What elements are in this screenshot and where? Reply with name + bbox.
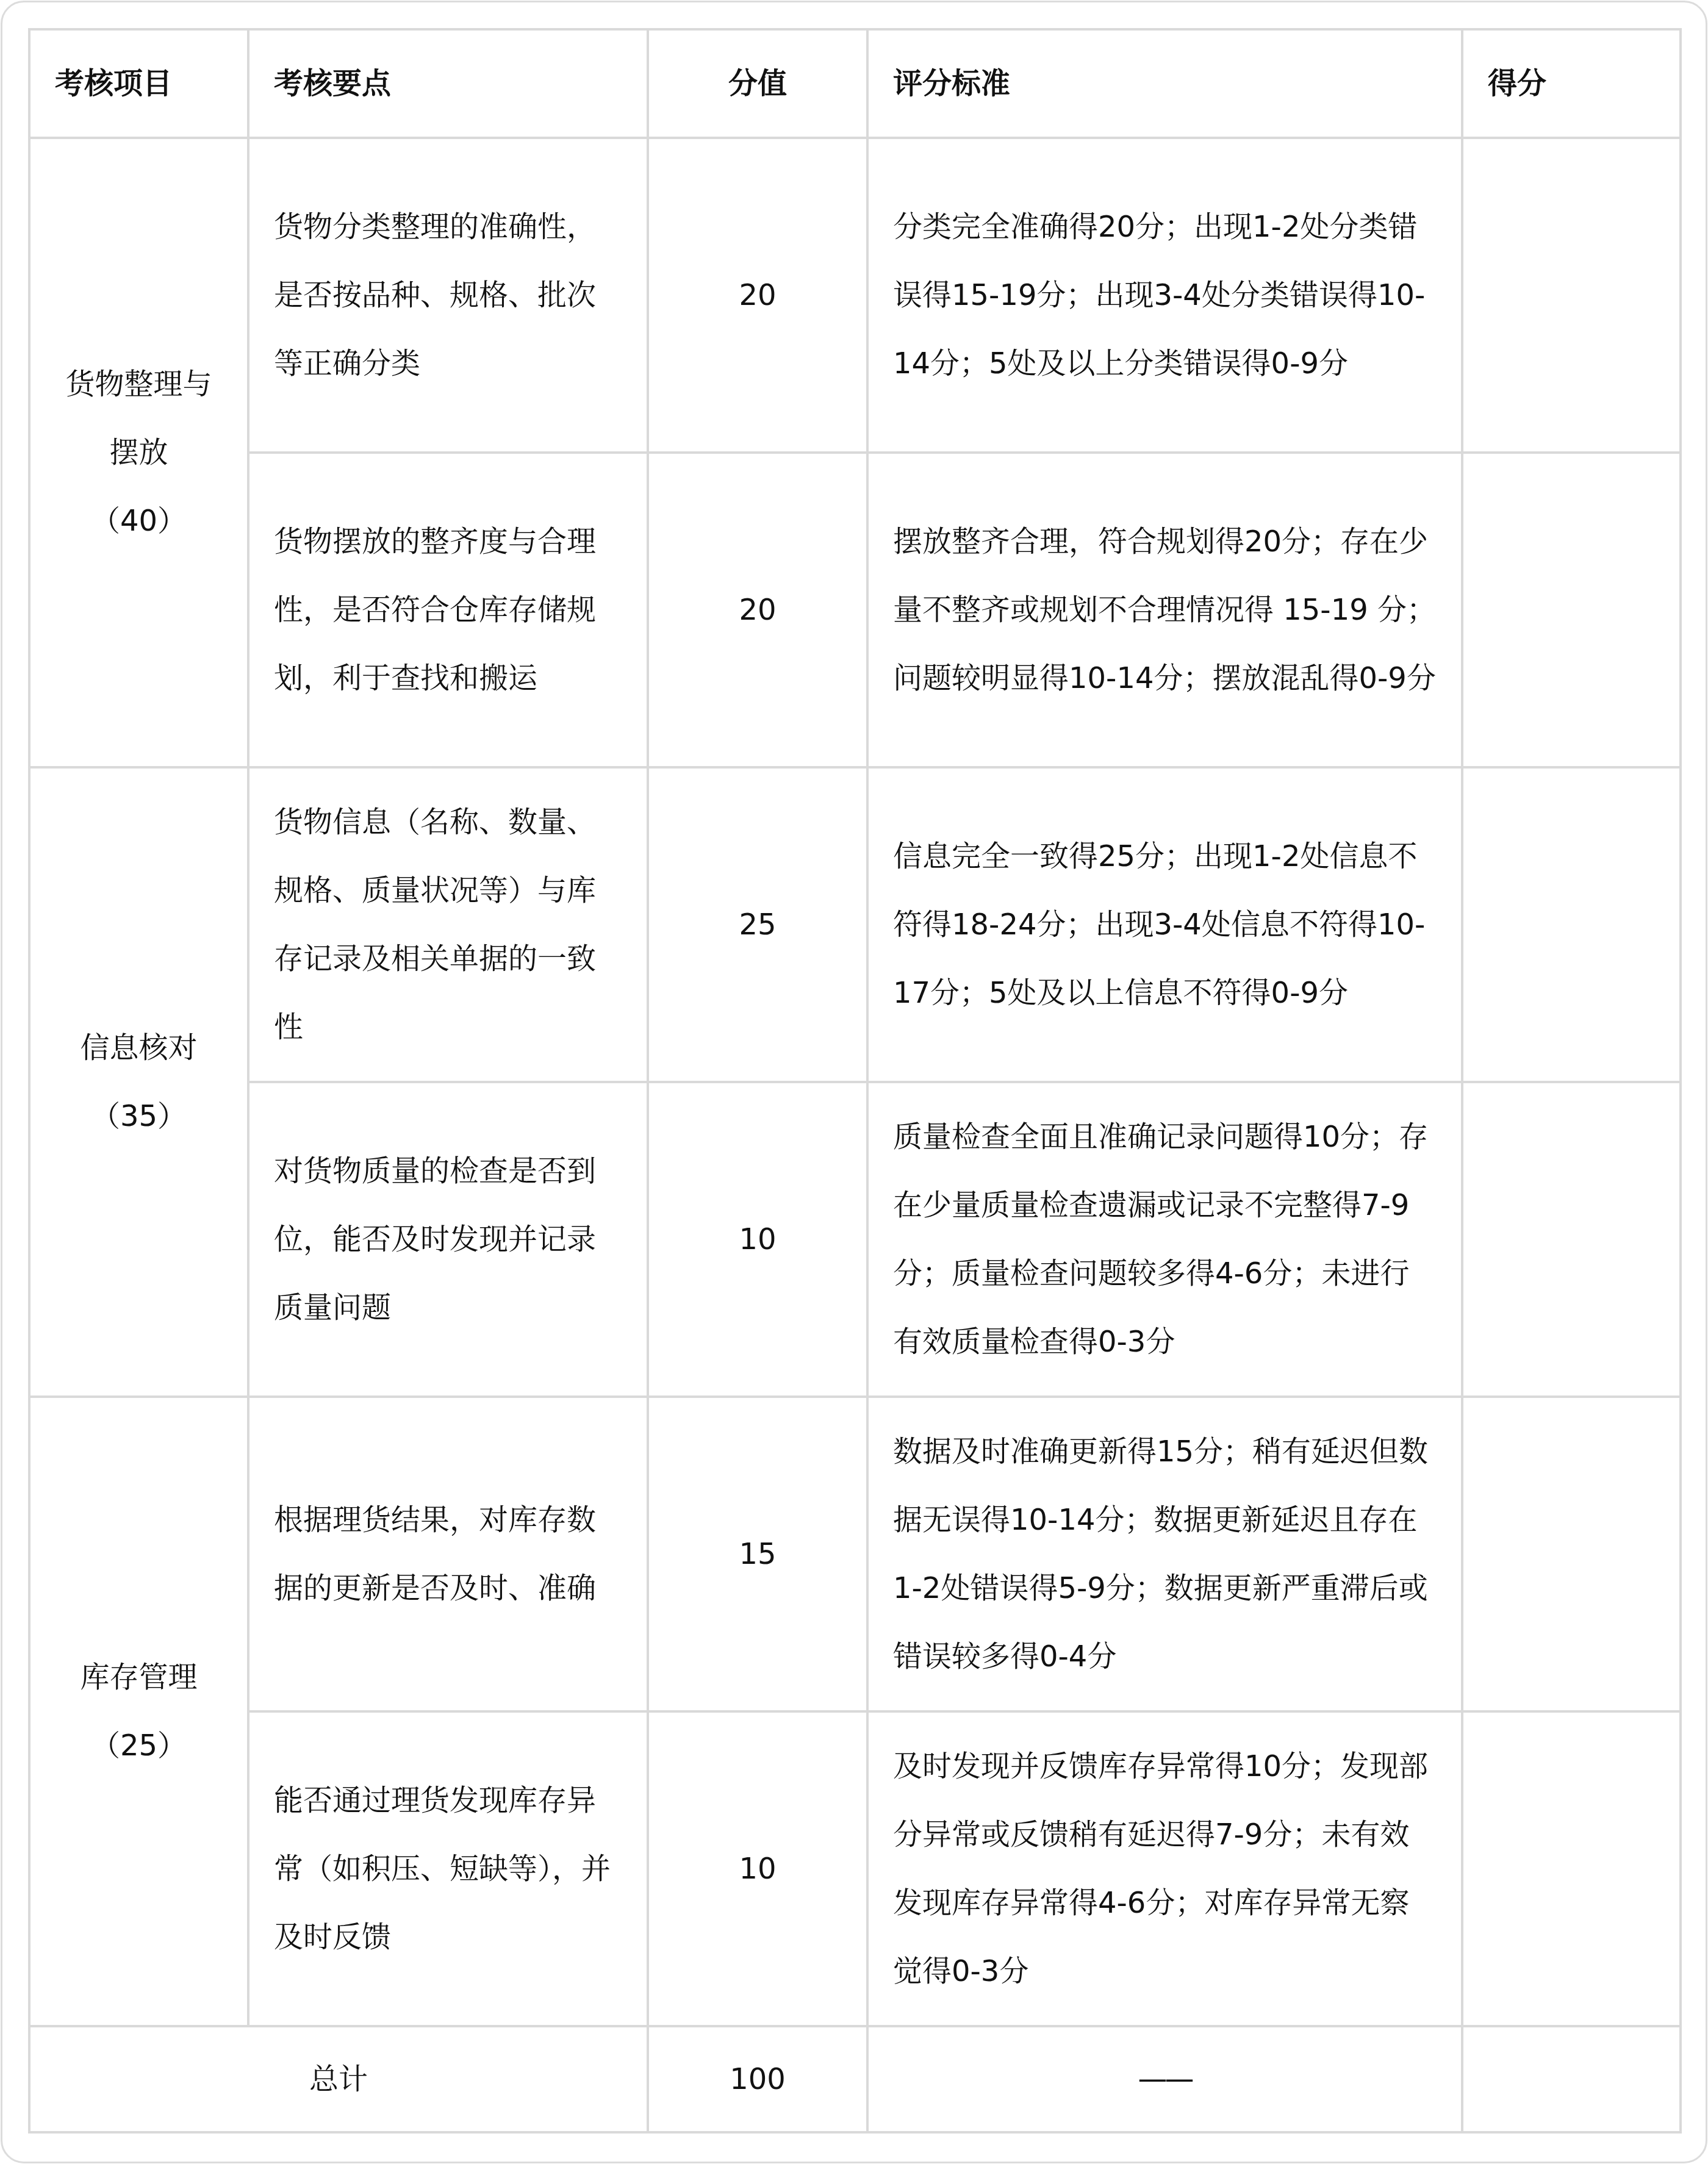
total-criteria: ——	[867, 2026, 1462, 2132]
criteria-cell: 质量检查全面且准确记录问题得10分；存在少量质量检查遗漏或记录不完整得7-9分；…	[867, 1082, 1462, 1397]
key-point-cell: 对货物质量的检查是否到位，能否及时发现并记录质量问题	[248, 1082, 648, 1397]
section-name: 信息核对	[55, 1014, 223, 1082]
score-cell[interactable]	[1462, 138, 1681, 453]
total-label: 总计	[29, 2026, 648, 2132]
score-cell[interactable]	[1462, 1082, 1681, 1397]
criteria-cell: 信息完全一致得25分；出现1-2处信息不符得18-24分；出现3-4处信息不符得…	[867, 767, 1462, 1082]
section-cell-info-check: 信息核对 （35）	[29, 767, 248, 1397]
table-row: 货物整理与 摆放 （40） 货物分类整理的准确性，是否按品种、规格、批次等正确分…	[29, 138, 1681, 453]
criteria-cell: 摆放整齐合理，符合规划得20分；存在少量不整齐或规划不合理情况得 15-19 分…	[867, 453, 1462, 767]
points-cell: 15	[648, 1397, 867, 1711]
table-row: 能否通过理货发现库存异常（如积压、短缺等），并及时反馈 10 及时发现并反馈库存…	[29, 1711, 1681, 2026]
key-point-cell: 货物信息（名称、数量、规格、质量状况等）与库存记录及相关单据的一致性	[248, 767, 648, 1082]
points-cell: 10	[648, 1711, 867, 2026]
table-row: 信息核对 （35） 货物信息（名称、数量、规格、质量状况等）与库存记录及相关单据…	[29, 767, 1681, 1082]
section-weight: （25）	[55, 1711, 223, 1780]
points-cell: 20	[648, 138, 867, 453]
header-criteria: 评分标准	[867, 29, 1462, 138]
points-cell: 10	[648, 1082, 867, 1397]
total-points: 100	[648, 2026, 867, 2132]
section-weight: （35）	[55, 1082, 223, 1150]
points-cell: 20	[648, 453, 867, 767]
header-row: 考核项目 考核要点 分值 评分标准 得分	[29, 29, 1681, 138]
score-cell[interactable]	[1462, 767, 1681, 1082]
header-item: 考核项目	[29, 29, 248, 138]
section-name: 库存管理	[55, 1643, 223, 1711]
section-name: 货物整理与	[55, 350, 223, 418]
table-row: 对货物质量的检查是否到位，能否及时发现并记录质量问题 10 质量检查全面且准确记…	[29, 1082, 1681, 1397]
assessment-rubric-table: 考核项目 考核要点 分值 评分标准 得分 货物整理与 摆放 （40） 货物分类整…	[28, 28, 1682, 2134]
criteria-cell: 数据及时准确更新得15分；稍有延迟但数据无误得10-14分；数据更新延迟且存在 …	[867, 1397, 1462, 1711]
header-score: 得分	[1462, 29, 1681, 138]
score-cell[interactable]	[1462, 453, 1681, 767]
score-cell[interactable]	[1462, 1711, 1681, 2026]
key-point-cell: 根据理货结果，对库存数据的更新是否及时、准确	[248, 1397, 648, 1711]
key-point-cell: 货物摆放的整齐度与合理性，是否符合仓库存储规划，利于查找和搬运	[248, 453, 648, 767]
criteria-cell: 分类完全准确得20分；出现1-2处分类错误得15-19分；出现3-4处分类错误得…	[867, 138, 1462, 453]
key-point-cell: 货物分类整理的准确性，是否按品种、规格、批次等正确分类	[248, 138, 648, 453]
score-cell[interactable]	[1462, 1397, 1681, 1711]
section-name-cont: 摆放	[55, 418, 223, 487]
total-score-cell[interactable]	[1462, 2026, 1681, 2132]
section-weight: （40）	[55, 487, 223, 555]
points-cell: 25	[648, 767, 867, 1082]
header-points: 分值	[648, 29, 867, 138]
criteria-cell: 及时发现并反馈库存异常得10分；发现部分异常或反馈稍有延迟得7-9分；未有效发现…	[867, 1711, 1462, 2026]
key-point-cell: 能否通过理货发现库存异常（如积压、短缺等），并及时反馈	[248, 1711, 648, 2026]
section-cell-inventory-management: 库存管理 （25）	[29, 1397, 248, 2026]
table-row: 库存管理 （25） 根据理货结果，对库存数据的更新是否及时、准确 15 数据及时…	[29, 1397, 1681, 1711]
header-key-points: 考核要点	[248, 29, 648, 138]
total-row: 总计 100 ——	[29, 2026, 1681, 2132]
section-cell-goods-arrangement: 货物整理与 摆放 （40）	[29, 138, 248, 767]
table-row: 货物摆放的整齐度与合理性，是否符合仓库存储规划，利于查找和搬运 20 摆放整齐合…	[29, 453, 1681, 767]
